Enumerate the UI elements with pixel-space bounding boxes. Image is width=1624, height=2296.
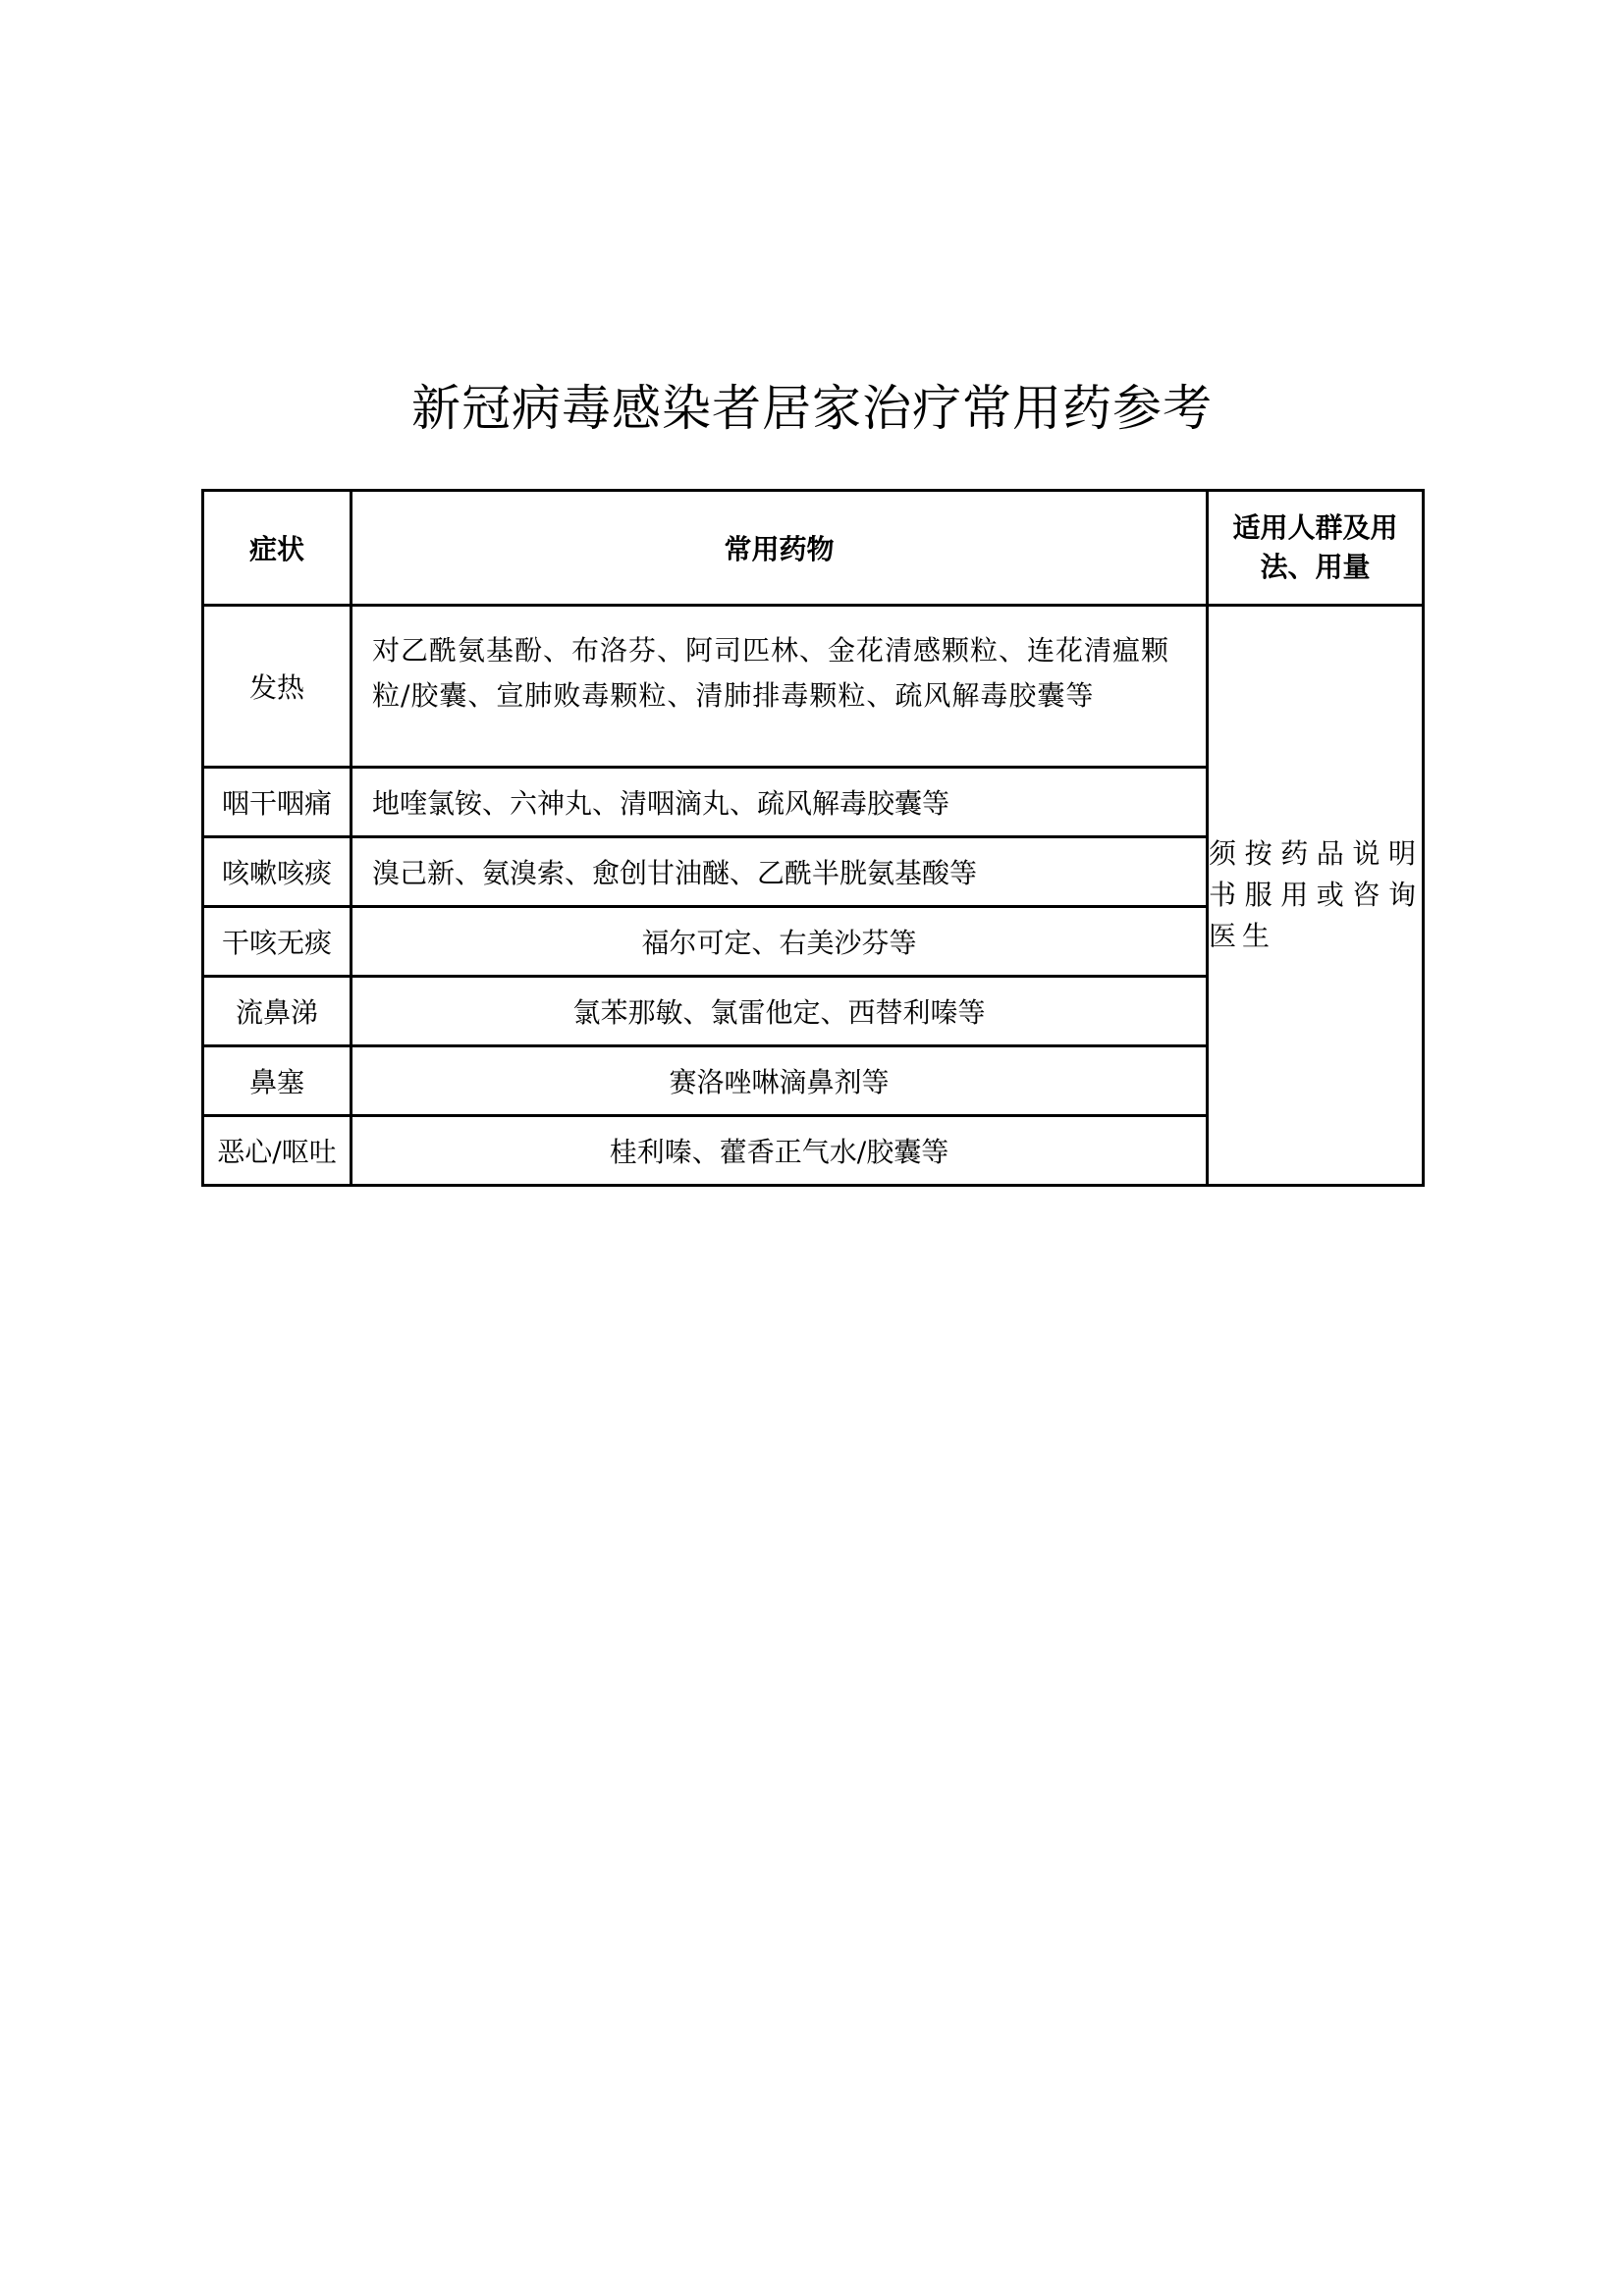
- table-row: 发热 对乙酰氨基酚、布洛芬、阿司匹林、金花清感颗粒、连花清瘟颗粒/胶囊、宣肺败毒…: [203, 606, 1424, 768]
- medicines-cell: 赛洛唑啉滴鼻剂等: [352, 1046, 1208, 1116]
- medicine-reference-table: 症状 常用药物 适用人群及用法、用量 发热 对乙酰氨基酚、布洛芬、阿司匹林、金花…: [201, 489, 1425, 1187]
- medicines-cell: 桂利嗪、藿香正气水/胶囊等: [352, 1116, 1208, 1186]
- table-header-row: 症状 常用药物 适用人群及用法、用量: [203, 491, 1424, 606]
- header-medicines: 常用药物: [352, 491, 1208, 606]
- header-usage: 适用人群及用法、用量: [1208, 491, 1424, 606]
- symptom-cell: 恶心/呕吐: [203, 1116, 352, 1186]
- usage-note-cell: 须按药品说明书服用或咨询医生: [1208, 606, 1424, 1186]
- medicines-cell: 溴己新、氨溴索、愈创甘油醚、乙酰半胱氨基酸等: [352, 837, 1208, 907]
- medicines-cell: 地喹氯铵、六神丸、清咽滴丸、疏风解毒胶囊等: [352, 768, 1208, 837]
- medicines-cell: 福尔可定、右美沙芬等: [352, 907, 1208, 977]
- symptom-cell: 咽干咽痛: [203, 768, 352, 837]
- symptom-cell: 鼻塞: [203, 1046, 352, 1116]
- header-symptom: 症状: [203, 491, 352, 606]
- symptom-cell: 发热: [203, 606, 352, 768]
- symptom-cell: 咳嗽咳痰: [203, 837, 352, 907]
- symptom-cell: 流鼻涕: [203, 977, 352, 1046]
- medicines-cell: 氯苯那敏、氯雷他定、西替利嗪等: [352, 977, 1208, 1046]
- medicines-cell: 对乙酰氨基酚、布洛芬、阿司匹林、金花清感颗粒、连花清瘟颗粒/胶囊、宣肺败毒颗粒、…: [352, 606, 1208, 768]
- document-title: 新冠病毒感染者居家治疗常用药参考: [0, 379, 1624, 438]
- symptom-cell: 干咳无痰: [203, 907, 352, 977]
